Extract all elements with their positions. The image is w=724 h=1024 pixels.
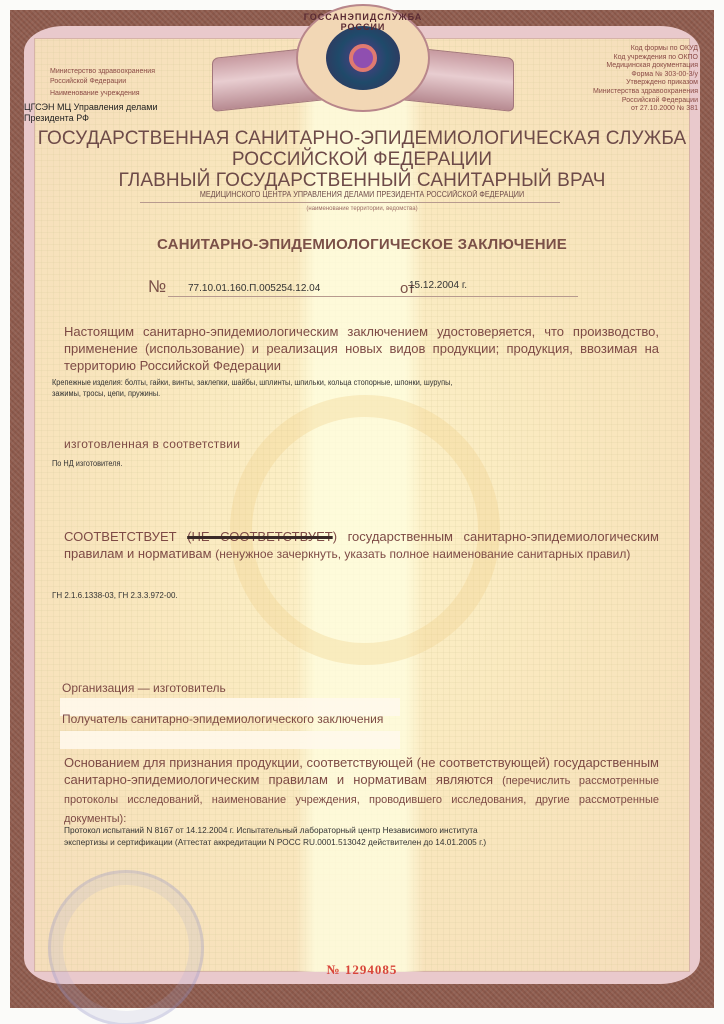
- form-code-line: Российской Федерации: [593, 97, 698, 106]
- form-code-line: от 27.10.2000 № 381: [593, 105, 698, 114]
- form-code-line: Код формы по ОКУД: [593, 45, 698, 54]
- institution-line1: ЦГСЭН МЦ Управления делами: [24, 102, 157, 113]
- protocol-line2: экспертизы и сертификации (Аттестат аккр…: [64, 836, 624, 848]
- ministry-line2: Российской Федерации: [50, 77, 155, 86]
- number-sign: №: [148, 277, 166, 297]
- number-underline: [168, 296, 578, 297]
- header-left: Министерство здравоохранения Российской …: [50, 67, 155, 99]
- service-title-line1: ГОСУДАРСТВЕННАЯ САНИТАРНО-ЭПИДЕМИОЛОГИЧЕ…: [0, 128, 724, 150]
- form-code-line: Утверждено приказом: [593, 79, 698, 88]
- serial-number: № 1294085: [0, 962, 724, 978]
- form-code-line: Медицинская документация: [593, 62, 698, 71]
- not-conforms-struck-text: (НЕ СООТВЕТСТВУЕТ: [187, 529, 333, 544]
- chief-doctor-title: ГЛАВНЫЙ ГОСУДАРСТВЕННЫЙ САНИТАРНЫЙ ВРАЧ: [0, 170, 724, 192]
- sanepidsluzhba-emblem-icon: ГОССАНЭПИДСЛУЖБА РОССИИ: [296, 4, 430, 112]
- territory-name: МЕДИЦИНСКОГО ЦЕНТРА УПРАВЛЕНИЯ ДЕЛАМИ ПР…: [36, 190, 688, 199]
- products-line1: Крепежные изделия: болты, гайки, винты, …: [52, 377, 452, 388]
- products-list: Крепежные изделия: болты, гайки, винты, …: [52, 377, 452, 399]
- manufacturer-label: Организация — изготовитель: [62, 681, 226, 695]
- form-code-line: Министерства здравоохранения: [593, 88, 698, 97]
- protocol-line1: Протокол испытаний N 8167 от 14.12.2004 …: [64, 824, 624, 836]
- document-number: 77.10.01.160.П.005254.12.04: [188, 283, 320, 294]
- institution-label: Наименование учреждения: [50, 89, 155, 98]
- conforms-text: СООТВЕТСТВУЕТ: [64, 529, 177, 544]
- recipient-label: Получатель санитарно-эпидемиологического…: [62, 712, 383, 726]
- form-codes: Код формы по ОКУД Код учреждения по ОКПО…: [593, 45, 698, 114]
- institution-line2: Президента РФ: [24, 113, 157, 124]
- form-code-line: Форма № 303-00-3/у: [593, 71, 698, 80]
- service-title-line2: РОССИЙСКОЙ ФЕДЕРАЦИИ: [0, 149, 724, 171]
- products-line2: зажимы, тросы, цепи, пружины.: [52, 388, 452, 399]
- institution-name: ЦГСЭН МЦ Управления делами Президента РФ: [24, 102, 157, 124]
- test-protocol: Протокол испытаний N 8167 от 14.12.2004 …: [64, 824, 624, 848]
- sanitary-rules-value: ГН 2.1.6.1338-03, ГН 2.3.3.972-00.: [52, 591, 178, 600]
- form-code-line: Код учреждения по ОКПО: [593, 54, 698, 63]
- emblem-hologram: [326, 26, 400, 90]
- territory-caption: (наименование территории, ведомства): [0, 206, 724, 212]
- territory-underline: [140, 202, 560, 203]
- recipient-value-redacted: [60, 731, 400, 749]
- conforms-note: (ненужное зачеркнуть, указать полное наи…: [215, 547, 630, 561]
- basis-paragraph: Основанием для признания продукции, соот…: [64, 754, 659, 828]
- emblem-c-logo-icon: [349, 44, 377, 72]
- emblem-text: ГОССАНЭПИДСЛУЖБА РОССИИ: [298, 12, 428, 32]
- ministry-line1: Министерство здравоохранения: [50, 67, 155, 76]
- conformity-paragraph: СООТВЕТСТВУЕТ (НЕ СООТВЕТСТВУЕТ) государ…: [64, 528, 659, 563]
- certifies-paragraph: Настоящим санитарно-эпидемиологическим з…: [64, 323, 659, 374]
- document-type: САНИТАРНО-ЭПИДЕМИОЛОГИЧЕСКОЕ ЗАКЛЮЧЕНИЕ: [0, 236, 724, 253]
- coat-of-arms-stamp-icon: [48, 870, 204, 1024]
- made-according-label: изготовленная в соответствии: [64, 437, 240, 451]
- made-according-value: По НД изготовителя.: [52, 458, 123, 469]
- document-date: 15.12.2004 г.: [409, 280, 467, 291]
